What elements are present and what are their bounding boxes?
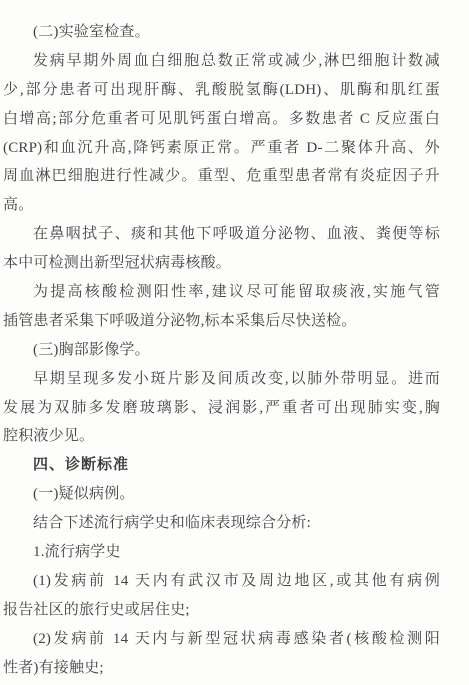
paragraph-line: 发展为双肺多发磨玻璃影、浸润影,严重者可出现肺实变,胸 xyxy=(3,394,440,423)
document-page: (二)实验室检查。 发病早期外周血白细胞总数正常或减少,淋巴细胞计数减 少,部分… xyxy=(0,0,469,685)
document-text-block: (二)实验室检查。 发病早期外周血白细胞总数正常或减少,淋巴细胞计数减 少,部分… xyxy=(3,18,440,682)
paragraph-line: 高。 xyxy=(3,191,440,220)
paragraph-line: 本中可检测出新型冠状病毒核酸。 xyxy=(3,249,440,278)
paragraph-line: (CRP)和血沉升高,降钙素原正常。严重者 D-二聚体升高、外 xyxy=(3,134,440,163)
paragraph-line: 周血淋巴细胞进行性减少。重型、危重型患者常有炎症因子升 xyxy=(3,162,440,191)
subsection-heading-chest-imaging: (三)胸部影像学。 xyxy=(3,336,440,365)
subsection-heading-suspected-cases: (一)疑似病例。 xyxy=(3,480,440,509)
paragraph-line: 白增高;部分危重者可见肌钙蛋白增高。多数患者 C 反应蛋白 xyxy=(3,105,440,134)
paragraph-line: (1)发病前 14 天内有武汉市及周边地区,或其他有病例 xyxy=(3,567,440,596)
paragraph-line: 性者)有接触史; xyxy=(3,654,440,683)
paragraph-line: 在鼻咽拭子、痰和其他下呼吸道分泌物、血液、粪便等标 xyxy=(3,220,440,249)
paragraph-line: 早期呈现多发小斑片影及间质改变,以肺外带明显。进而 xyxy=(3,365,440,394)
section-heading-diagnostic-criteria: 四、诊断标准 xyxy=(3,451,440,480)
subsection-heading-lab-tests: (二)实验室检查。 xyxy=(3,18,440,47)
paragraph-line: 为提高核酸检测阳性率,建议尽可能留取痰液,实施气管 xyxy=(3,278,440,307)
paragraph-line: 插管患者采集下呼吸道分泌物,标本采集后尽快送检。 xyxy=(3,307,440,336)
paragraph-line: 报告社区的旅行史或居住史; xyxy=(3,596,440,625)
paragraph-line: 腔积液少见。 xyxy=(3,422,440,451)
paragraph-line: 少,部分患者可出现肝酶、乳酸脱氢酶(LDH)、肌酶和肌红蛋 xyxy=(3,76,440,105)
paragraph-line: 结合下述流行病学史和临床表现综合分析: xyxy=(3,509,440,538)
paragraph-line: (2)发病前 14 天内与新型冠状病毒感染者(核酸检测阳 xyxy=(3,625,440,654)
item-heading-epidemiological-history: 1.流行病学史 xyxy=(3,538,440,567)
paragraph-line: 发病早期外周血白细胞总数正常或减少,淋巴细胞计数减 xyxy=(3,47,440,76)
